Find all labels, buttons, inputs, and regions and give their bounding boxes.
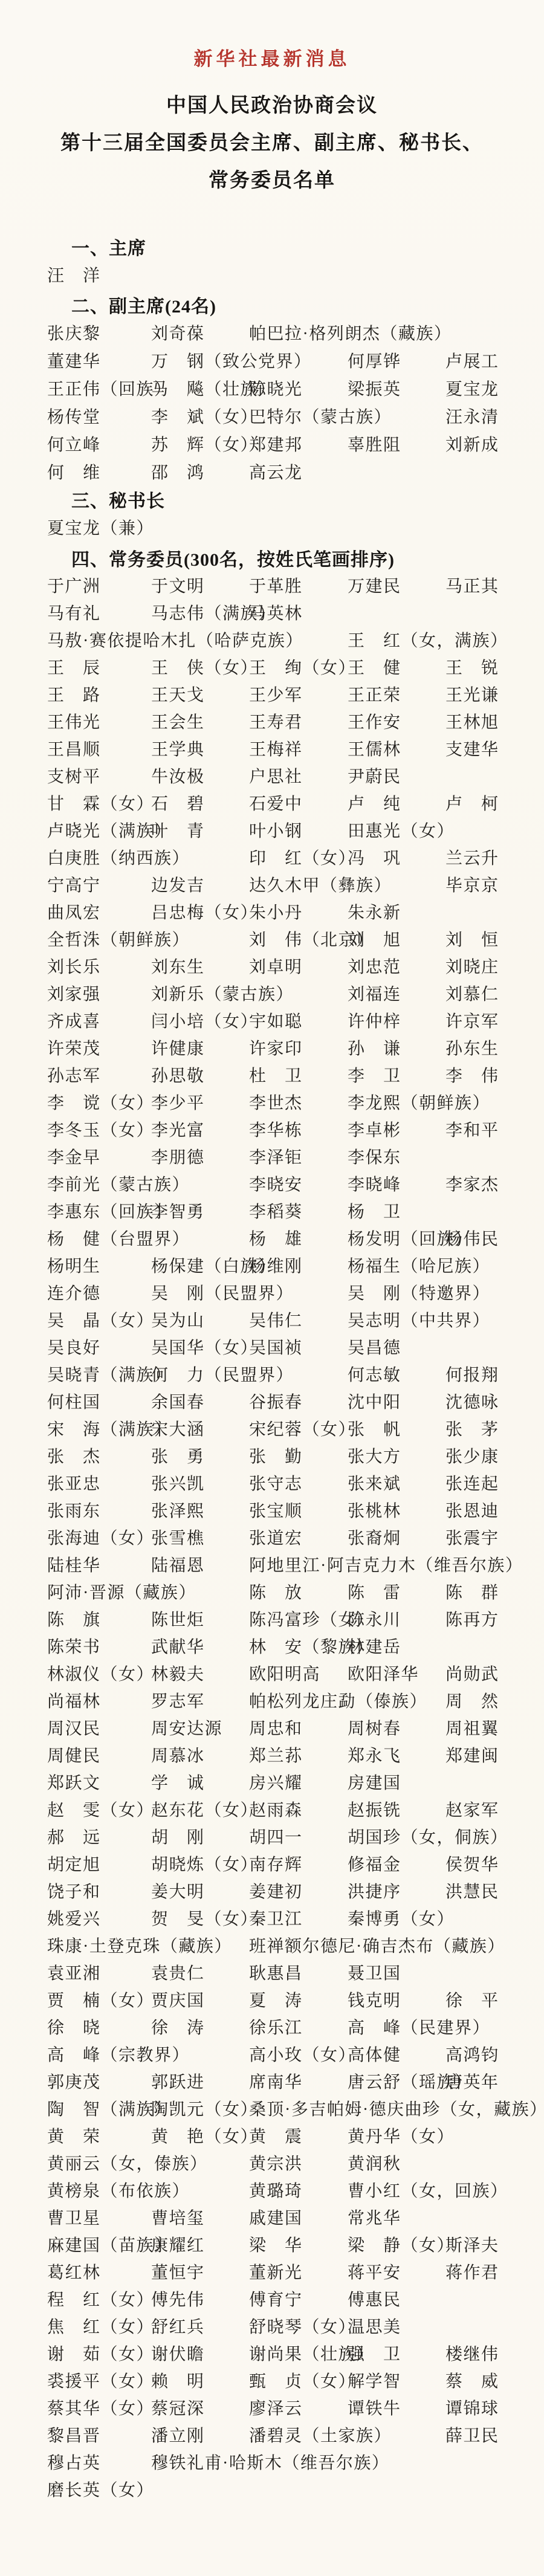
person-name: 席南华 <box>249 2069 303 2093</box>
person-name: 焦 红（女） <box>47 2314 154 2338</box>
person-name: 强 卫 <box>348 2341 401 2365</box>
person-name: 何立峰 <box>47 432 101 456</box>
person-name: 房建国 <box>348 1770 401 1794</box>
person-name: 郭跃进 <box>151 2069 205 2093</box>
person-name: 赵雨森 <box>249 1797 303 1821</box>
person-name: 全哲洙（朝鲜族） <box>47 927 190 951</box>
name-row: 何立峰苏 辉（女）郑建邦辜胜阻刘新成 <box>0 432 544 458</box>
person-name: 舒红兵 <box>151 2314 205 2338</box>
person-name: 卢展工 <box>445 348 499 372</box>
person-name: 袁贵仁 <box>151 1960 205 1984</box>
person-name: 张庆黎 <box>47 320 101 345</box>
document-title-line-1: 中国人民政治协商会议 <box>0 89 544 118</box>
name-row: 卢晓光（满族）叶 青叶小钢田惠光（女） <box>0 818 544 844</box>
person-name: 陈再方 <box>445 1607 499 1631</box>
name-row: 李 谠（女）李少平李世杰李龙熙（朝鲜族） <box>0 1090 544 1116</box>
name-row: 杨传堂李 斌（女）巴特尔（蒙古族）汪永清 <box>0 404 544 430</box>
person-name: 张兴凯 <box>151 1471 205 1495</box>
person-name: 斯泽夫 <box>445 2232 499 2256</box>
section-heading-secretary-general: 三、秘书长 <box>71 486 165 513</box>
masthead: 新华社最新消息 <box>0 44 544 71</box>
person-name: 汪永清 <box>445 404 499 428</box>
person-name: 夏宝龙（兼） <box>47 515 154 539</box>
person-name: 南存辉 <box>249 1851 303 1875</box>
person-name: 吴国祯 <box>249 1335 303 1359</box>
person-name: 孙 谦 <box>348 1035 401 1060</box>
person-name: 刘家强 <box>47 981 101 1005</box>
person-name: 李智勇 <box>151 1199 205 1223</box>
person-name: 兰云升 <box>445 845 499 869</box>
person-name: 李 伟 <box>445 1063 499 1087</box>
person-name: 穆铁礼甫·哈斯木（维吾尔族） <box>151 2450 389 2474</box>
person-name: 王 红（女，满族） <box>348 627 508 652</box>
person-name: 张桃林 <box>348 1498 401 1522</box>
person-name: 邵 鸿 <box>151 459 205 484</box>
person-name: 郑永飞 <box>348 1743 401 1767</box>
person-name: 梁振英 <box>348 376 401 400</box>
person-name: 张震宇 <box>445 1525 499 1549</box>
name-row: 支树平牛汝极户思社尹蔚民 <box>0 763 544 790</box>
person-name: 尚福林 <box>47 1688 101 1712</box>
person-name: 何 维 <box>47 459 101 484</box>
name-row: 黄丽云（女，傣族）黄宗洪黄润秋 <box>0 2150 544 2177</box>
person-name: 张亚忠 <box>47 1471 101 1495</box>
person-name: 于革胜 <box>249 573 303 597</box>
name-row: 白庚胜（纳西族）印 红（女）冯 巩兰云升 <box>0 845 544 872</box>
person-name: 林淑仪（女） <box>47 1661 154 1685</box>
person-name: 高鸿钧 <box>445 2042 499 2066</box>
person-name: 马英林 <box>249 600 303 624</box>
person-name: 傅先伟 <box>151 2286 205 2311</box>
person-name: 张 勇 <box>151 1443 205 1468</box>
person-name: 何志敏 <box>348 1362 401 1386</box>
name-row: 贾 楠（女）贾庆国夏 涛钱克明徐 平 <box>0 1987 544 2014</box>
name-row: 王正伟（回族）马 飚（壮族）陈晓光梁振英夏宝龙 <box>0 376 544 403</box>
person-name: 李 斌（女） <box>151 404 258 428</box>
person-name: 蒋作君 <box>445 2259 499 2283</box>
person-name: 边发吉 <box>151 872 205 896</box>
person-name: 余国春 <box>151 1389 205 1413</box>
person-name: 桑顶·多吉帕姆·德庆曲珍（女，藏族） <box>249 2096 544 2120</box>
person-name: 李华栋 <box>249 1117 303 1141</box>
person-name: 陈荣书 <box>47 1634 101 1658</box>
person-name: 王林旭 <box>445 709 499 733</box>
person-name: 齐成喜 <box>47 1008 101 1032</box>
name-row: 刘长乐刘东生刘卓明刘忠范刘晓庄 <box>0 954 544 980</box>
name-row: 穆占英穆铁礼甫·哈斯木（维吾尔族） <box>0 2450 544 2476</box>
person-name: 李世杰 <box>249 1090 303 1114</box>
name-row: 程 红（女）傅先伟傅育宁傅惠民 <box>0 2286 544 2313</box>
person-name: 胡 刚 <box>151 1824 205 1848</box>
person-name: 周安达源 <box>151 1715 222 1739</box>
person-name: 陈永川 <box>348 1607 401 1631</box>
name-row: 黎昌晋潘立刚潘碧灵（土家族）薛卫民 <box>0 2422 544 2449</box>
person-name: 谷振春 <box>249 1389 303 1413</box>
person-name: 吴国华（女） <box>151 1335 258 1359</box>
person-name: 张来斌 <box>348 1471 401 1495</box>
person-name: 廖泽云 <box>249 2395 303 2419</box>
name-row: 夏宝龙（兼） <box>0 515 544 542</box>
name-row: 全哲洙（朝鲜族）刘 伟（北京）刘 旭刘 恒 <box>0 927 544 953</box>
person-name: 沈中阳 <box>348 1389 401 1413</box>
person-name: 牛汝极 <box>151 763 205 788</box>
name-row: 赵 雯（女）赵东花（女）赵雨森赵振铣赵家军 <box>0 1797 544 1824</box>
person-name: 李龙熙（朝鲜族） <box>348 1090 490 1114</box>
person-name: 王天戈 <box>151 682 205 706</box>
person-name: 李稻葵 <box>249 1199 303 1223</box>
person-name: 马敖·赛依提哈木扎（哈萨克族） <box>47 627 303 652</box>
name-row: 陈荣书武献华林 安（黎族）林建岳 <box>0 1634 544 1660</box>
person-name: 徐 平 <box>445 1987 499 2011</box>
person-name: 黄榜泉（布依族） <box>47 2178 190 2202</box>
person-name: 高 峰（民建界） <box>348 2015 490 2039</box>
person-name: 高云龙 <box>249 459 303 484</box>
name-row: 宁高宁边发吉达久木甲（彝族）毕京京 <box>0 872 544 899</box>
person-name: 李朋德 <box>151 1144 205 1168</box>
document-title-line-2: 第十三届全国委员会主席、副主席、秘书长、 <box>0 127 544 155</box>
person-name: 洪捷序 <box>348 1879 401 1903</box>
person-name: 张 帆 <box>348 1416 401 1440</box>
person-name: 杨传堂 <box>47 404 101 428</box>
person-name: 陈 雷 <box>348 1579 401 1604</box>
person-name: 陆福恩 <box>151 1552 205 1576</box>
person-name: 王少军 <box>249 682 303 706</box>
person-name: 达久木甲（彝族） <box>249 872 392 896</box>
name-row: 李冬玉（女）李光富李华栋李卓彬李和平 <box>0 1117 544 1144</box>
name-row: 张庆黎刘奇葆帕巴拉·格列朗杰（藏族） <box>0 320 544 347</box>
person-name: 白庚胜（纳西族） <box>47 845 190 869</box>
person-name: 王寿君 <box>249 709 303 733</box>
person-name: 高 峰（宗教界） <box>47 2042 190 2066</box>
person-name: 解学智 <box>348 2368 401 2392</box>
person-name: 常兆华 <box>348 2205 401 2229</box>
person-name: 帕巴拉·格列朗杰（藏族） <box>249 320 452 345</box>
person-name: 夏宝龙 <box>445 376 499 400</box>
person-name: 宋大涵 <box>151 1416 205 1440</box>
person-name: 蔡 威 <box>445 2368 499 2392</box>
name-row: 周健民周慕冰郑兰荪郑永飞郑建闽 <box>0 1743 544 1769</box>
person-name: 刘奇葆 <box>151 320 205 345</box>
name-row: 裘援平（女）赖 明甄 贞（女）解学智蔡 威 <box>0 2368 544 2395</box>
person-name: 胡晓炼（女） <box>151 1851 258 1875</box>
person-name: 刘新成 <box>445 432 499 456</box>
person-name: 许京军 <box>445 1008 499 1032</box>
name-row: 谢 茹（女）谢伏瞻谢尚果（壮族）强 卫楼继伟 <box>0 2341 544 2367</box>
person-name: 黎昌晋 <box>47 2422 101 2447</box>
person-name: 万 钢（致公党界） <box>151 348 312 372</box>
person-name: 张裔炯 <box>348 1525 401 1549</box>
person-name: 何 力（民盟界） <box>151 1362 294 1386</box>
person-name: 连介德 <box>47 1280 101 1304</box>
person-name: 赵家军 <box>445 1797 499 1821</box>
person-name: 杨 雄 <box>249 1226 303 1250</box>
person-name: 刘卓明 <box>249 954 303 978</box>
person-name: 支树平 <box>47 763 101 788</box>
person-name: 孙思敬 <box>151 1063 205 1087</box>
name-row: 汪 洋 <box>0 262 544 289</box>
person-name: 曲凤宏 <box>47 899 101 924</box>
person-name: 曹卫星 <box>47 2205 101 2229</box>
person-name: 黄 艳（女） <box>151 2123 258 2147</box>
person-name: 贾 楠（女） <box>47 1987 154 2011</box>
person-name: 饶子和 <box>47 1879 101 1903</box>
person-name: 李前光（蒙古族） <box>47 1171 190 1196</box>
person-name: 汪 洋 <box>47 262 101 286</box>
person-name: 巴特尔（蒙古族） <box>249 404 392 428</box>
name-row: 林淑仪（女）林毅夫欧阳明高欧阳泽华尚勋武 <box>0 1661 544 1688</box>
name-row: 李金早李朋德李泽钜李保东 <box>0 1144 544 1171</box>
person-name: 唐英年 <box>445 2069 499 2093</box>
person-name: 宋纪蓉（女） <box>249 1416 356 1440</box>
person-name: 石 碧 <box>151 791 205 815</box>
person-name: 董新光 <box>249 2259 303 2283</box>
name-row: 张海迪（女）张雪樵张道宏张裔炯张震宇 <box>0 1525 544 1552</box>
name-row: 王 辰王 侠（女）王 绚（女）王 健王 锐 <box>0 655 544 681</box>
person-name: 许家印 <box>249 1035 303 1060</box>
name-row: 董建华万 钢（致公党界）何厚铧卢展工 <box>0 348 544 375</box>
name-row: 吴晓青（满族）何 力（民盟界）何志敏何报翔 <box>0 1362 544 1388</box>
person-name: 赖 明 <box>151 2368 205 2392</box>
person-name: 蔡冠深 <box>151 2395 205 2419</box>
person-name: 吴 刚（特邀界） <box>348 1280 490 1304</box>
person-name: 支建华 <box>445 736 499 760</box>
name-row: 陈 旗陈世炬陈冯富珍（女）陈永川陈再方 <box>0 1607 544 1633</box>
person-name: 刘 旭 <box>348 927 401 951</box>
person-name: 曹培玺 <box>151 2205 205 2229</box>
name-row: 何 维邵 鸿高云龙 <box>0 459 544 486</box>
person-name: 周忠和 <box>249 1715 303 1739</box>
person-name: 王 辰 <box>47 655 101 679</box>
person-name: 李晓峰 <box>348 1171 401 1196</box>
person-name: 吴昌德 <box>348 1335 401 1359</box>
name-row: 珠康·土登克珠（藏族）班禅额尔德尼·确吉杰布（藏族） <box>0 1933 544 1960</box>
person-name: 刘新乐（蒙古族） <box>151 981 294 1005</box>
person-name: 陶凯元（女） <box>151 2096 258 2120</box>
person-name: 李家杰 <box>445 1171 499 1196</box>
person-name: 户思社 <box>249 763 303 788</box>
person-name: 刘慕仁 <box>445 981 499 1005</box>
person-name: 修福金 <box>348 1851 401 1875</box>
person-name: 郑跃文 <box>47 1770 101 1794</box>
person-name: 何报翔 <box>445 1362 499 1386</box>
person-name: 张恩迪 <box>445 1498 499 1522</box>
person-name: 沈德咏 <box>445 1389 499 1413</box>
person-name: 梁 华 <box>249 2232 303 2256</box>
person-name: 王会生 <box>151 709 205 733</box>
person-name: 谢伏瞻 <box>151 2341 205 2365</box>
person-name: 帕松列龙庄勐（傣族） <box>249 1688 427 1712</box>
person-name: 黄璐琦 <box>249 2178 303 2202</box>
name-row: 郑跃文学 诚房兴耀房建国 <box>0 1770 544 1796</box>
person-name: 吴志明（中共界） <box>348 1307 490 1332</box>
name-row: 李前光（蒙古族）李晓安李晓峰李家杰 <box>0 1171 544 1198</box>
person-name: 高体健 <box>348 2042 401 2066</box>
name-row: 杨 健（台盟界）杨 雄杨发明（回族）杨伟民 <box>0 1226 544 1252</box>
person-name: 姜大明 <box>151 1879 205 1903</box>
person-name: 谭铁牛 <box>348 2395 401 2419</box>
person-name: 胡定旭 <box>47 1851 101 1875</box>
name-row: 焦 红（女）舒红兵舒晓琴（女）温思美 <box>0 2314 544 2340</box>
person-name: 李和平 <box>445 1117 499 1141</box>
person-name: 李 卫 <box>348 1063 401 1087</box>
person-name: 姜建初 <box>249 1879 303 1903</box>
person-name: 张雪樵 <box>151 1525 205 1549</box>
person-name: 张海迪（女） <box>47 1525 154 1549</box>
person-name: 周 然 <box>445 1688 499 1712</box>
person-name: 楼继伟 <box>445 2341 499 2365</box>
person-name: 郑兰荪 <box>249 1743 303 1767</box>
person-name: 李光富 <box>151 1117 205 1141</box>
person-name: 黄丹华（女） <box>348 2123 455 2147</box>
person-name: 胡四一 <box>249 1824 303 1848</box>
person-name: 学 诚 <box>151 1770 205 1794</box>
person-name: 薛卫民 <box>445 2422 499 2447</box>
name-row: 马敖·赛依提哈木扎（哈萨克族）王 红（女，满族） <box>0 627 544 654</box>
person-name: 尚勋武 <box>445 1661 499 1685</box>
name-row: 胡定旭胡晓炼（女）南存辉修福金侯贺华 <box>0 1851 544 1878</box>
person-name: 舒晓琴（女） <box>249 2314 356 2338</box>
person-name: 林毅夫 <box>151 1661 205 1685</box>
person-name: 蔡其华（女） <box>47 2395 154 2419</box>
name-row: 张雨东张泽熙张宝顺张桃林张恩迪 <box>0 1498 544 1524</box>
section-heading-standing-committee: 四、常务委员(300名，按姓氏笔画排序) <box>71 545 395 571</box>
person-name: 王正荣 <box>348 682 401 706</box>
person-name: 磨长英（女） <box>47 2477 154 2501</box>
person-name: 周汉民 <box>47 1715 101 1739</box>
person-name: 陈 群 <box>445 1579 499 1604</box>
name-row: 葛红林董恒宇董新光蒋平安蒋作君 <box>0 2259 544 2286</box>
person-name: 戚建国 <box>249 2205 303 2229</box>
name-row: 周汉民周安达源周忠和周树春周祖翼 <box>0 1715 544 1742</box>
person-name: 孙东生 <box>445 1035 499 1060</box>
name-row: 许荣茂许健康许家印孙 谦孙东生 <box>0 1035 544 1062</box>
person-name: 张大方 <box>348 1443 401 1468</box>
person-name: 秦博勇（女） <box>348 1906 455 1930</box>
person-name: 毕京京 <box>445 872 499 896</box>
section-heading-vice-chairmen: 二、副主席(24名) <box>71 291 216 318</box>
person-name: 黄 荣 <box>47 2123 101 2147</box>
person-name: 徐乐江 <box>249 2015 303 2039</box>
person-name: 黄 震 <box>249 2123 303 2147</box>
person-name: 许仲梓 <box>348 1008 401 1032</box>
person-name: 张雨东 <box>47 1498 101 1522</box>
person-name: 刘忠范 <box>348 954 401 978</box>
person-name: 郑建邦 <box>249 432 303 456</box>
section-heading-chairman: 一、主席 <box>71 233 146 260</box>
person-name: 杨福生（哈尼族） <box>348 1253 490 1277</box>
name-row: 连介德吴 刚（民盟界）吴 刚（特邀界） <box>0 1280 544 1307</box>
document-page: 新华社最新消息 中国人民政治协商会议 第十三届全国委员会主席、副主席、秘书长、 … <box>0 0 544 2576</box>
name-row: 宋 海（满族）宋大涵宋纪蓉（女）张 帆张 茅 <box>0 1416 544 1443</box>
person-name: 刘晓庄 <box>445 954 499 978</box>
name-row: 蔡其华（女）蔡冠深廖泽云谭铁牛谭锦球 <box>0 2395 544 2422</box>
person-name: 辜胜阻 <box>348 432 401 456</box>
person-name: 张守志 <box>249 1471 303 1495</box>
person-name: 甘 霖（女） <box>47 791 154 815</box>
person-name: 徐 涛 <box>151 2015 205 2039</box>
person-name: 马正其 <box>445 573 499 597</box>
person-name: 宇如聪 <box>249 1008 303 1032</box>
person-name: 郑建闽 <box>445 1743 499 1767</box>
name-row: 王昌顺王学典王梅祥王儒林支建华 <box>0 736 544 763</box>
name-row: 陆桂华陆福恩阿地里江·阿吉克力木（维吾尔族） <box>0 1552 544 1579</box>
person-name: 张 勤 <box>249 1443 303 1468</box>
person-name: 贾庆国 <box>151 1987 205 2011</box>
person-name: 周祖翼 <box>445 1715 499 1739</box>
person-name: 杜 卫 <box>249 1063 303 1087</box>
person-name: 钱克明 <box>348 1987 401 2011</box>
person-name: 聂卫国 <box>348 1960 401 1984</box>
name-row: 王伟光王会生王寿君王作安王林旭 <box>0 709 544 736</box>
person-name: 田惠光（女） <box>348 818 455 842</box>
name-row: 齐成喜闫小培（女）宇如聪许仲梓许京军 <box>0 1008 544 1035</box>
person-name: 刘福连 <box>348 981 401 1005</box>
person-name: 谭锦球 <box>445 2395 499 2419</box>
person-name: 赵振铣 <box>348 1797 401 1821</box>
person-name: 珠康·土登克珠（藏族） <box>47 1933 232 1957</box>
person-name: 王儒林 <box>348 736 401 760</box>
person-name: 杨伟民 <box>445 1226 499 1250</box>
person-name: 张宝顺 <box>249 1498 303 1522</box>
name-row: 曲凤宏吕忠梅（女）朱小丹朱永新 <box>0 899 544 926</box>
name-row: 郭庚茂郭跃进席南华唐云舒（瑶族）唐英年 <box>0 2069 544 2095</box>
person-name: 吕忠梅（女） <box>151 899 258 924</box>
person-name: 许健康 <box>151 1035 205 1060</box>
person-name: 王梅祥 <box>249 736 303 760</box>
name-row: 陶 智（满族）陶凯元（女）桑顶·多吉帕姆·德庆曲珍（女，藏族） <box>0 2096 544 2123</box>
person-name: 郭庚茂 <box>47 2069 101 2093</box>
person-name: 叶 青 <box>151 818 205 842</box>
person-name: 温思美 <box>348 2314 401 2338</box>
person-name: 贺 旻（女） <box>151 1906 258 1930</box>
person-name: 杨 健（台盟界） <box>47 1226 190 1250</box>
person-name: 于文明 <box>151 573 205 597</box>
name-row: 郝 远胡 刚胡四一胡国珍（女，侗族） <box>0 1824 544 1851</box>
person-name: 周树春 <box>348 1715 401 1739</box>
person-name: 杨 卫 <box>348 1199 401 1223</box>
person-name: 裘援平（女） <box>47 2368 154 2392</box>
person-name: 吴良好 <box>47 1335 101 1359</box>
person-name: 许荣茂 <box>47 1035 101 1060</box>
person-name: 朱永新 <box>348 899 401 924</box>
person-name: 周慕冰 <box>151 1743 205 1767</box>
person-name: 夏 涛 <box>249 1987 303 2011</box>
person-name: 孙志军 <box>47 1063 101 1087</box>
person-name: 侯贺华 <box>445 1851 499 1875</box>
name-row: 何柱国余国春谷振春沈中阳沈德咏 <box>0 1389 544 1416</box>
person-name: 欧阳泽华 <box>348 1661 419 1685</box>
person-name: 赵东花（女） <box>151 1797 258 1821</box>
person-name: 穆占英 <box>47 2450 101 2474</box>
person-name: 石爱中 <box>249 791 303 815</box>
person-name: 李卓彬 <box>348 1117 401 1141</box>
person-name: 苏 辉（女） <box>151 432 258 456</box>
person-name: 闫小培（女） <box>151 1008 258 1032</box>
person-name: 吴 晶（女） <box>47 1307 154 1332</box>
person-name: 张泽熙 <box>151 1498 205 1522</box>
person-name: 甄 贞（女） <box>249 2368 356 2392</box>
person-name: 傅育宁 <box>249 2286 303 2311</box>
person-name: 梁 静（女） <box>348 2232 455 2256</box>
person-name: 傅惠民 <box>348 2286 401 2311</box>
person-name: 谢 茹（女） <box>47 2341 154 2365</box>
person-name: 王光谦 <box>445 682 499 706</box>
name-row: 张 杰张 勇张 勤张大方张少康 <box>0 1443 544 1470</box>
person-name: 董建华 <box>47 348 101 372</box>
person-name: 徐 晓 <box>47 2015 101 2039</box>
person-name: 李冬玉（女） <box>47 1117 154 1141</box>
person-name: 程 红（女） <box>47 2286 154 2311</box>
